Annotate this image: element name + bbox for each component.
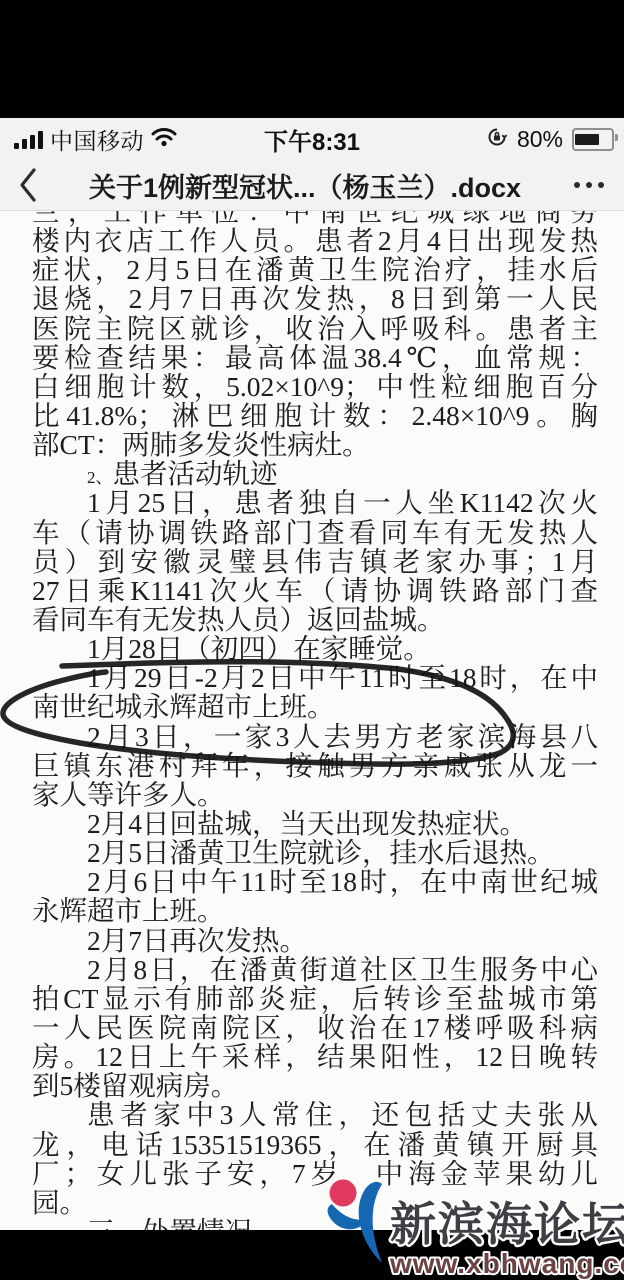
battery-percent-label: 80%	[517, 126, 563, 153]
document-line: 退烧，2月7日再次发热，8日到第一人民	[32, 284, 598, 313]
document-line: 2、患者活动轨迹	[32, 459, 598, 488]
forum-name: 新滨海论坛	[390, 1198, 624, 1250]
forum-url: www.xbhwang.com	[389, 1248, 624, 1279]
ellipsis-icon	[574, 182, 580, 188]
document-line: 2月3日，一家3人去男方老家滨海县八	[32, 722, 598, 751]
document-line: 一人民医院南院区，收治在17楼呼吸科病	[32, 1013, 598, 1042]
document-line: 1月29日-2月2日中午11时至18时，在中	[32, 663, 598, 692]
document-line: 车（请协调铁路部门查看同车有无发热人	[32, 518, 598, 547]
document-line: 龙，电话15351519365，在潘黄镇开厨具	[32, 1130, 598, 1159]
document-line: 白细胞计数，5.02×10^9；中性粒细胞百分	[32, 372, 598, 401]
document-line: 1月28日（初四）在家睡觉。	[32, 634, 598, 663]
chevron-left-icon	[18, 167, 38, 203]
document-line: 家人等许多人。	[32, 780, 598, 809]
document-line: 员）到安徽灵璧县伟吉镇老家办事；1月	[32, 547, 598, 576]
navigation-bar: 关于1例新型冠状...（杨玉兰）.docx	[0, 160, 624, 211]
document-line: 要检查结果：最高体温38.4℃，血常规：	[32, 343, 598, 372]
document-line: 症状，2月5日在潘黄卫生院治疗，挂水后	[32, 255, 598, 284]
more-options-button[interactable]	[554, 160, 624, 210]
forum-logo-icon	[328, 1180, 382, 1264]
document-text: 兰，工作单位：中南世纪城绿地商务楼内衣店工作人员。患者2月4日出现发热症状，2月…	[0, 211, 624, 1230]
status-bar: 中国移动 下午8:31 80%	[0, 118, 624, 160]
document-line: 巨镇东港村拜年，接触男方亲戚张从龙一	[32, 751, 598, 780]
document-line: 拍CT显示有肺部炎症，后转诊至盐城市第	[32, 984, 598, 1013]
document-line: 兰，工作单位：中南世纪城绿地商务	[32, 211, 598, 226]
document-line: 医院主院区就诊，收治入呼吸科。患者主	[32, 314, 598, 343]
document-line: 患者家中3人常住，还包括丈夫张从	[32, 1100, 598, 1129]
orientation-lock-icon	[486, 126, 508, 153]
document-line: 部CT：两肺多发炎性病灶。	[32, 430, 598, 459]
document-line: 永辉超市上班。	[32, 896, 598, 925]
document-line: 到5楼留观病房。	[32, 1071, 598, 1100]
document-line: 2月6日中午11时至18时，在中南世纪城	[32, 867, 598, 896]
document-line: 看同车有无发热人员）返回盐城。	[32, 605, 598, 634]
document-line: 2月7日再次发热。	[32, 926, 598, 955]
document-line: 比41.8%；淋巴细胞计数：2.48×10^9。胸	[32, 401, 598, 430]
document-line: 楼内衣店工作人员。患者2月4日出现发热	[32, 226, 598, 255]
document-line: 1月25日，患者独自一人坐K1142次火	[32, 488, 598, 517]
battery-icon	[572, 128, 614, 151]
document-line: 2月4日回盐城，当天出现发热症状。	[32, 809, 598, 838]
document-title: 关于1例新型冠状...（杨玉兰）.docx	[56, 166, 554, 205]
document-line: 2月5日潘黄卫生院就诊，挂水后退热。	[32, 838, 598, 867]
document-line: 27日乘K1141次火车（请协调铁路部门查	[32, 576, 598, 605]
device-top-bezel	[0, 0, 624, 118]
document-line: 2月8日，在潘黄街道社区卫生服务中心	[32, 955, 598, 984]
document-line: 南世纪城永辉超市上班。	[32, 692, 598, 721]
document-viewer[interactable]: 兰，工作单位：中南世纪城绿地商务楼内衣店工作人员。患者2月4日出现发热症状，2月…	[0, 211, 624, 1230]
document-line: 房。12日上午采样，结果阳性，12日晚转	[32, 1042, 598, 1071]
forum-watermark: 新滨海论坛 www.xbhwang.com	[318, 1156, 624, 1280]
back-button[interactable]	[0, 160, 56, 210]
